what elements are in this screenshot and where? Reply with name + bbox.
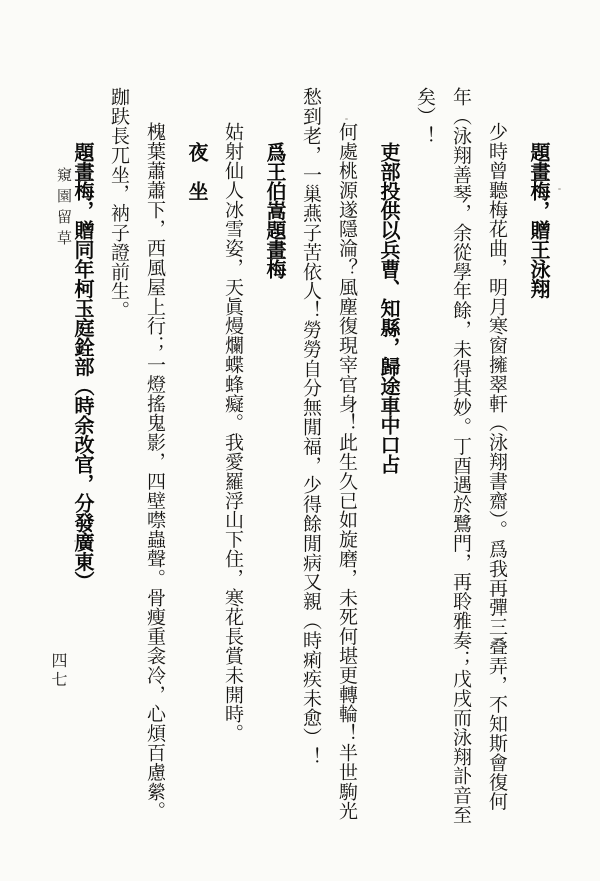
poem-title: 爲王伯嵩題畫梅: [264, 85, 284, 827]
scan-artifact: [74, 540, 76, 542]
poem-column: 矣）！: [415, 85, 434, 827]
page-number: 四七: [46, 652, 69, 690]
poem-column: 何處桃源遂隱淪？風塵復現宰官身！此生久已如旋磨，未死何堪更轉輪！半世駒光: [337, 85, 356, 827]
poem-column: 年（泳翔善琴，余從學年餘，未得其妙。丁酉遇於鷺門，再聆雅奏；戊戌而泳翔訃音至: [451, 85, 470, 827]
scan-artifact: [558, 188, 561, 190]
book-title-gutter: 窺園留草: [53, 167, 74, 251]
poem-column: 姑射仙人冰雪姿，天眞熳爛蝶蜂癡。我愛羅浮山下住，寒花長賞未開時。: [223, 85, 242, 827]
poem-column: 槐葉蕭蕭下，西風屋上行；一燈搖鬼影，四壁噤蟲聲。骨瘦重衾冷，心煩百慮縈。: [145, 85, 164, 827]
poem-title: 夜 坐: [186, 85, 206, 827]
scan-artifact: [345, 118, 348, 120]
poem-column: 跏趺長兀坐，衲子證前生。: [109, 85, 128, 827]
book-page: 題畫梅，贈王泳翔 少時曾聽梅花曲，明月寒窗擁翠軒（泳翔書齋）。爲我再彈三叠弄，不…: [0, 0, 600, 881]
poem-title: 題畫梅，贈王泳翔: [528, 85, 548, 827]
scan-artifact: [390, 468, 392, 470]
poem-title: 題畫梅，贈同年柯玉庭銓部（時余改官，分發廣東）: [72, 85, 92, 827]
poem-title: 吏部投供以兵曹、知縣，歸途車中口占: [378, 85, 398, 827]
poem-column: 愁到老，一巢燕子苦依人！勞勞自分無閒福，少得餘閒病又親（時痢疾未愈）！: [301, 85, 320, 827]
poem-text-area: 題畫梅，贈王泳翔 少時曾聽梅花曲，明月寒窗擁翠軒（泳翔書齋）。爲我再彈三叠弄，不…: [50, 85, 548, 827]
poem-column: 少時曾聽梅花曲，明月寒窗擁翠軒（泳翔書齋）。爲我再彈三叠弄，不知斯會復何: [487, 85, 506, 827]
